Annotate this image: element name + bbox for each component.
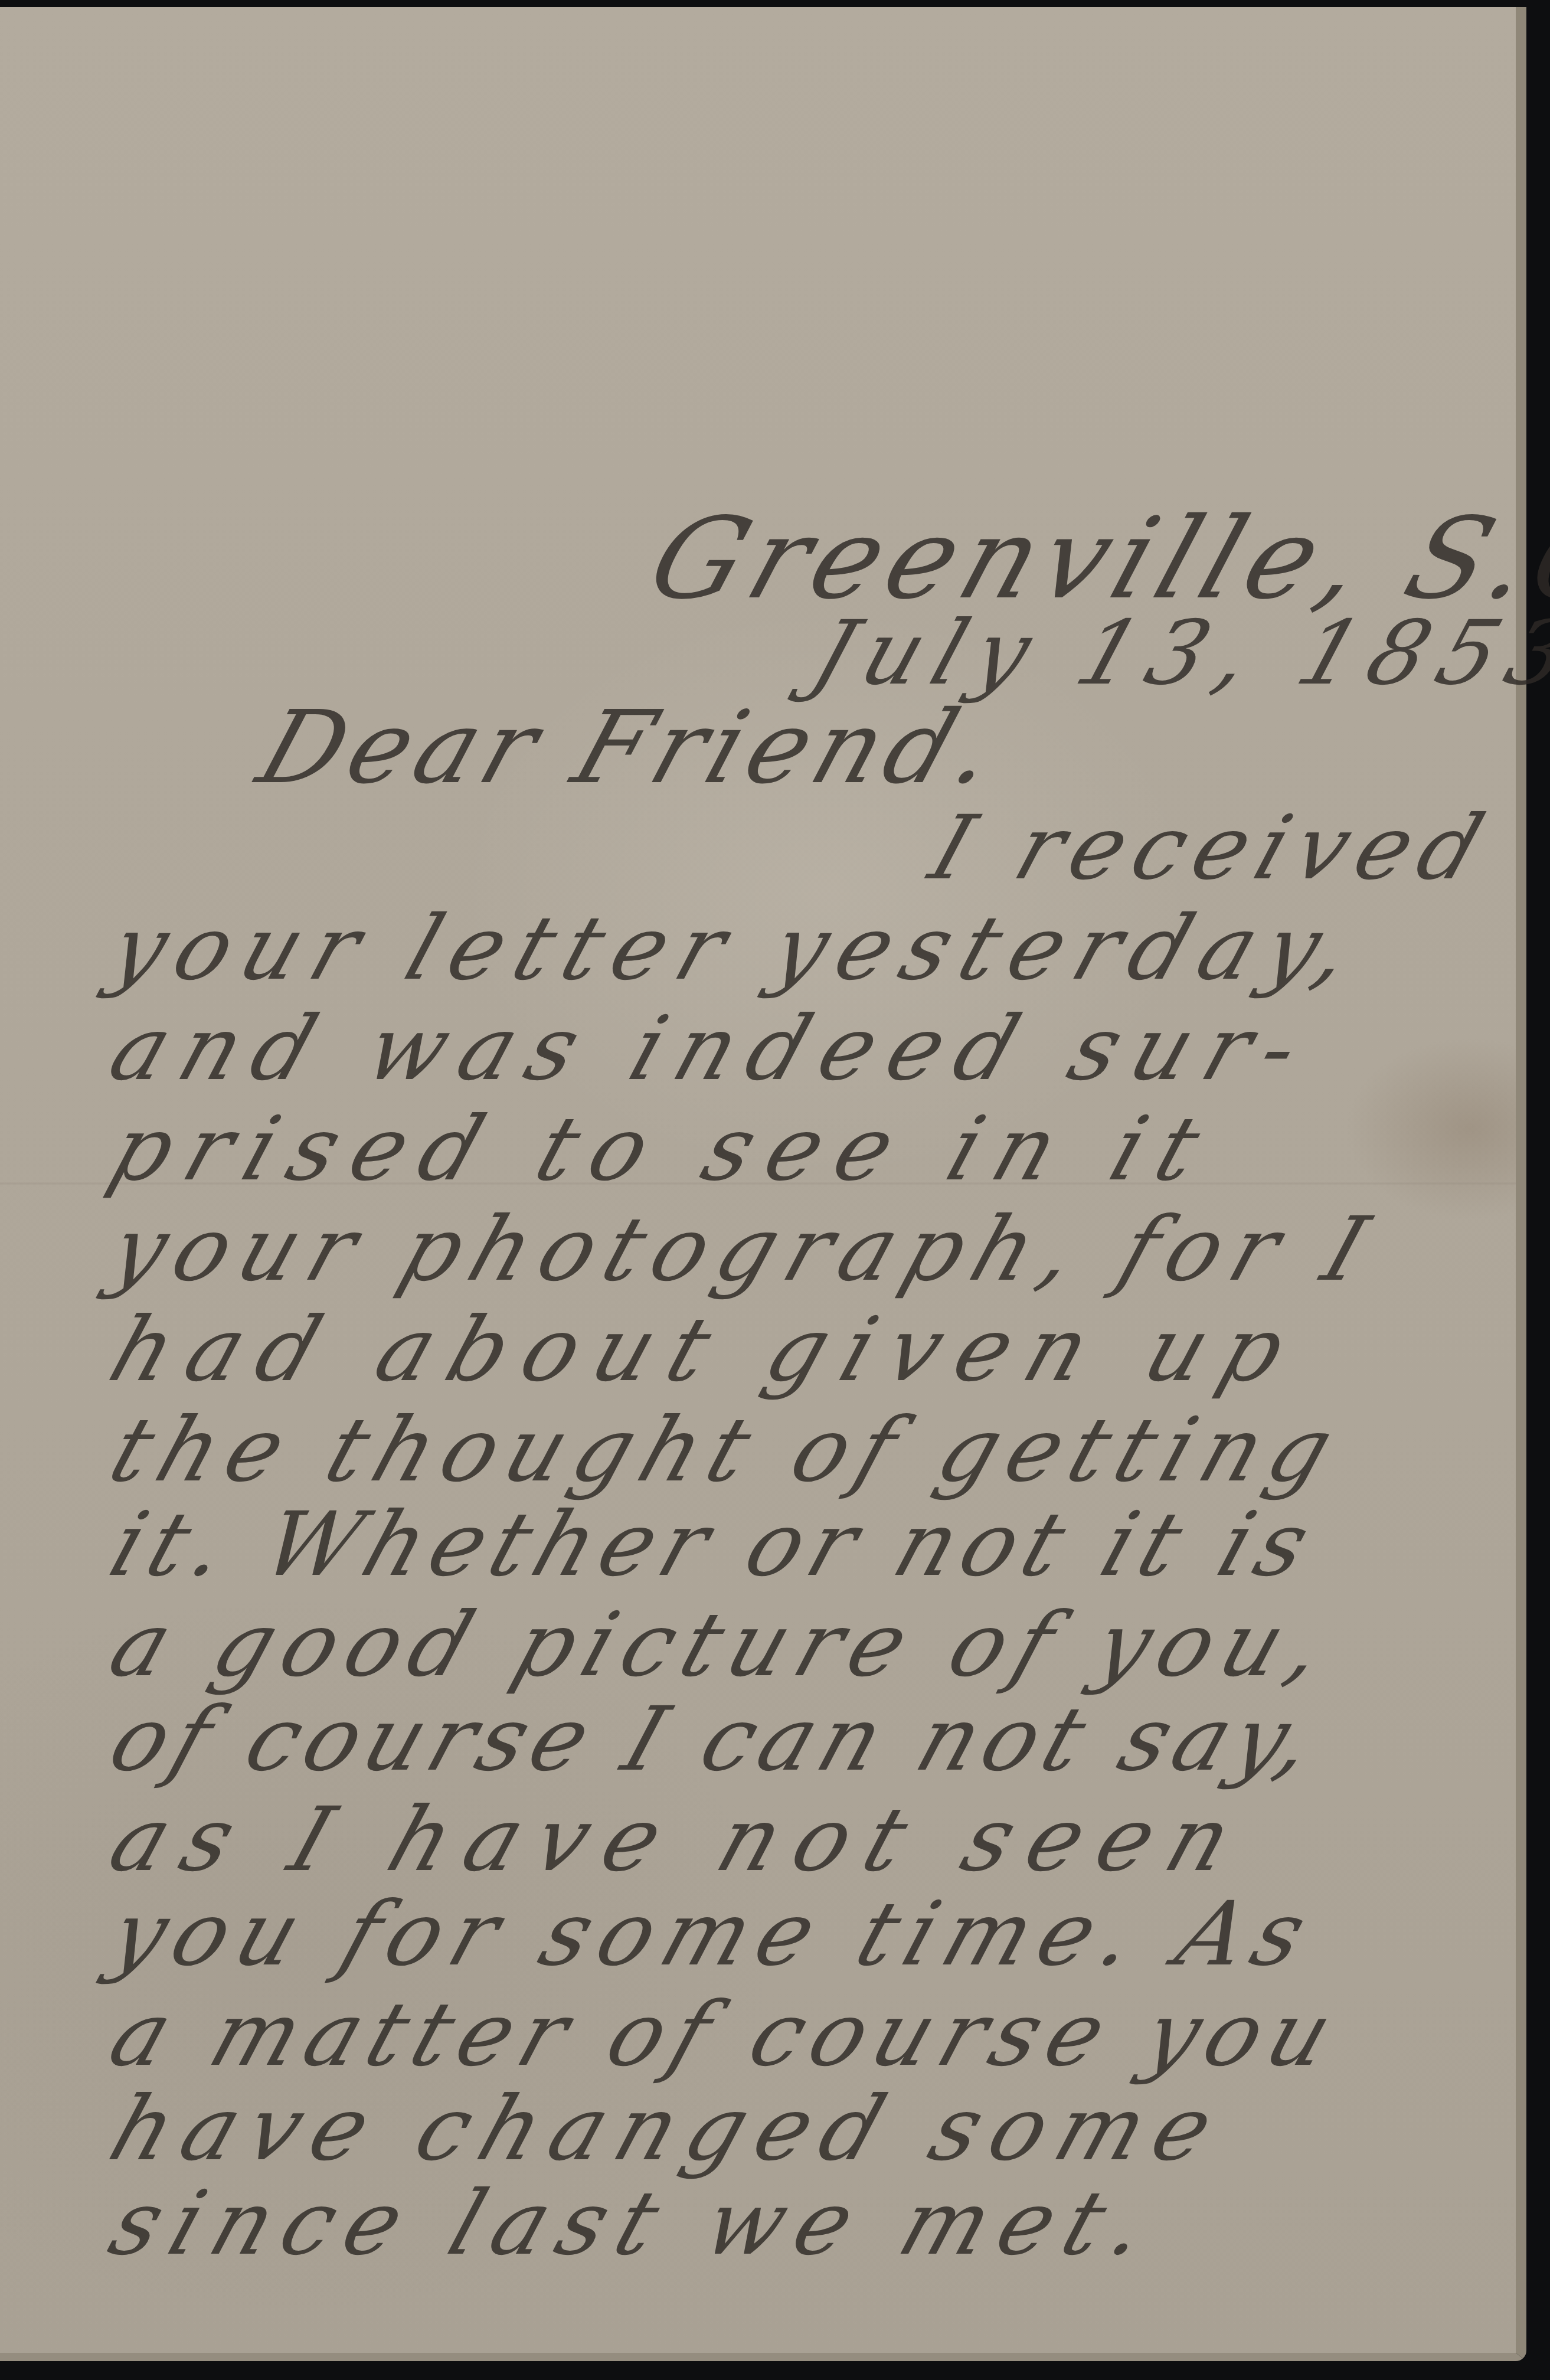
- letter-body-line: of course I can not say,: [100, 1695, 1331, 1784]
- letter-page: Greenville, S.C. July 13, 1853 Dear Frie…: [0, 7, 1526, 2361]
- letter-body-line: have changed some: [100, 2085, 1235, 2173]
- letter-body-line: and was indeed sur-: [100, 1005, 1324, 1093]
- letter-body-line: you for some time. As: [100, 1890, 1326, 1979]
- letter-body-line: it. Whether or not it is: [100, 1500, 1327, 1589]
- letter-salutation: Dear Friend.: [248, 698, 1015, 798]
- letter-body-line: your photograph, for I: [100, 1205, 1389, 1294]
- letter-place: Greenville, S.C.: [637, 503, 1550, 615]
- letter-body-line: since last we met.: [100, 2179, 1170, 2268]
- letter-body-line: a good picture of you,: [100, 1601, 1345, 1689]
- letter-body-line: prised to see in it: [100, 1105, 1226, 1194]
- letter-body-line: had about given up: [100, 1306, 1312, 1394]
- letter-date: July 13, 1853: [803, 609, 1550, 698]
- letter-body-line: I received: [921, 804, 1503, 892]
- document-viewer: Greenville, S.C. July 13, 1853 Dear Frie…: [0, 0, 1550, 2380]
- letter-body-line: the thought of getting: [100, 1406, 1353, 1495]
- letter-body-line: your letter yesterday,: [100, 904, 1374, 993]
- letter-body-line: a matter of course you: [100, 1990, 1351, 2079]
- letter-body-line: as I have not seen: [100, 1796, 1259, 1884]
